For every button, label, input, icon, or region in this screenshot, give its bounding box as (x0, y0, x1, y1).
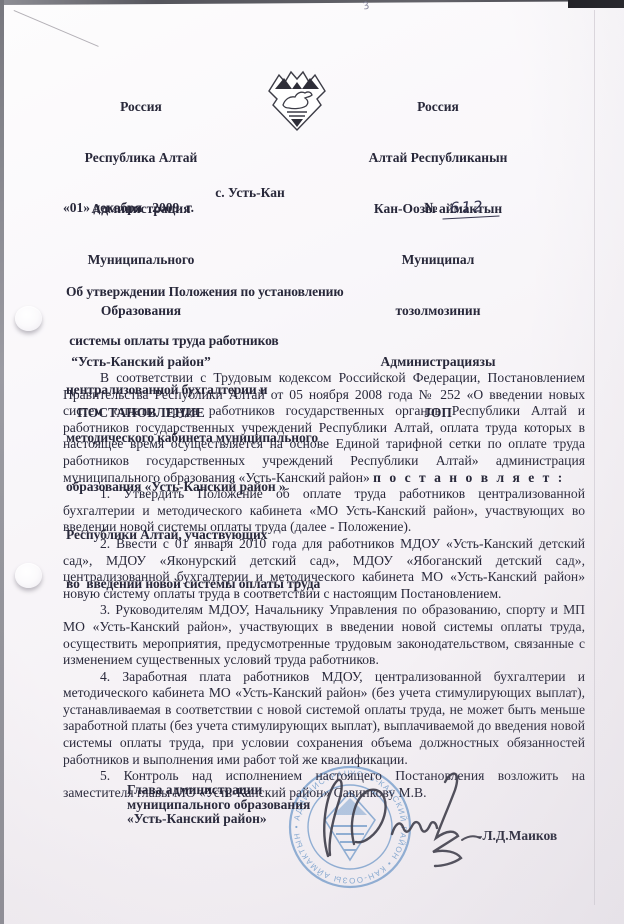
district-coat-of-arms-icon (262, 60, 332, 136)
resolve-word: п о с т а н о в л я е т : (373, 470, 565, 485)
scan-top-edge (0, 0, 624, 5)
date-line: «01» декабря 2009 г. (63, 200, 194, 216)
title-line: системы оплаты труда работников (66, 333, 476, 349)
page-fold-crease (14, 10, 99, 47)
handwritten-number: 612 (442, 197, 500, 220)
letterhead-line: Россия (352, 98, 524, 115)
letterhead-line: Россия (38, 98, 244, 115)
letterhead-line: Республика Алтай (38, 149, 244, 166)
scanned-document-page: 3 Россия Республика Алтай Администрация … (0, 0, 624, 924)
number-label: № (424, 201, 438, 216)
handwritten-signature-icon (302, 760, 492, 885)
page-right-crease (594, 10, 595, 905)
scan-corner-shadow (568, 0, 624, 8)
document-body: В соответствии с Трудовым кодексом Росси… (63, 370, 585, 801)
item-paragraph: 1. Утвердить Положение об оплате труда р… (63, 486, 585, 536)
letterhead-line: Алтай Республиканын (352, 149, 524, 166)
item-paragraph: 4. Заработная плата работников МДОУ, цен… (63, 669, 585, 769)
place-line: с. Усть-Кан (175, 185, 325, 201)
preamble-text: В соответствии с Трудовым кодексом Росси… (63, 370, 585, 485)
hole-punch (15, 563, 42, 588)
document-number: №612 (424, 198, 499, 218)
preamble-paragraph: В соответствии с Трудовым кодексом Росси… (63, 370, 585, 486)
signatory-name: -Л.Д.Маиков (478, 828, 557, 844)
scan-left-edge (0, 0, 4, 924)
item-paragraph: 3. Руководителям МДОУ, Начальнику Управл… (63, 602, 585, 668)
item-paragraph: 2. Ввести с 01 января 2010 года для рабо… (63, 536, 585, 602)
title-line: Об утверждении Положения по установлению (66, 284, 476, 300)
